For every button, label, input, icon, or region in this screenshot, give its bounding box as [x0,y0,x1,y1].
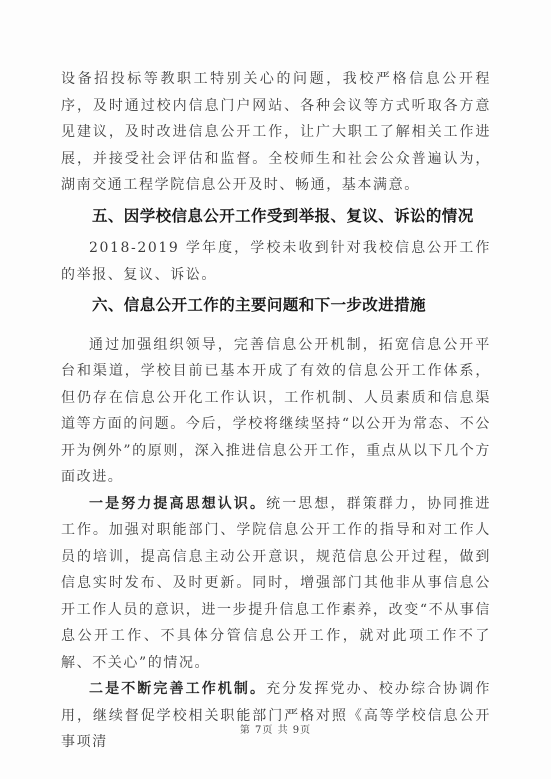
page-content: 设备招投标等教职工特别关心的问题，我校严格信息公开程序，及时通过校内信息门户网站… [0,0,551,756]
paragraph: 2018-2019 学年度，学校未收到针对我校信息公开工作的举报、复议、诉讼。 [61,235,491,288]
paragraph-with-lead: 二是不断完善工作机制。充分发挥党办、校办综合协调作用，继续督促学校相关职能部门严… [61,676,491,756]
paragraph: 通过加强组织领导，完善信息公开机制，拓宽信息公开平台和渠道，学校目前已基本开成了… [61,332,491,491]
section-heading-six: 六、信息公开工作的主要问题和下一步改进措施 [61,293,491,320]
paragraph-with-lead: 一是努力提高思想认识。统一思想，群策群力，协同推进工作。加强对职能部门、学院信息… [61,491,491,677]
page-number-footer: 第 7页 共 9页 [0,721,551,736]
section-heading-five: 五、因学校信息公开工作受到举报、复议、诉讼的情况 [61,204,491,231]
paragraph-bold-lead: 二是不断完善工作机制。 [89,681,266,697]
document-page: 设备招投标等教职工特别关心的问题，我校严格信息公开程序，及时通过校内信息门户网站… [0,0,551,779]
paragraph-bold-lead: 一是努力提高思想认识。 [89,496,266,512]
paragraph-continued: 设备招投标等教职工特别关心的问题，我校严格信息公开程序，及时通过校内信息门户网站… [61,66,491,199]
paragraph-text: 统一思想，群策群力，协同推进工作。加强对职能部门、学院信息公开工作的指导和对工作… [61,496,491,671]
